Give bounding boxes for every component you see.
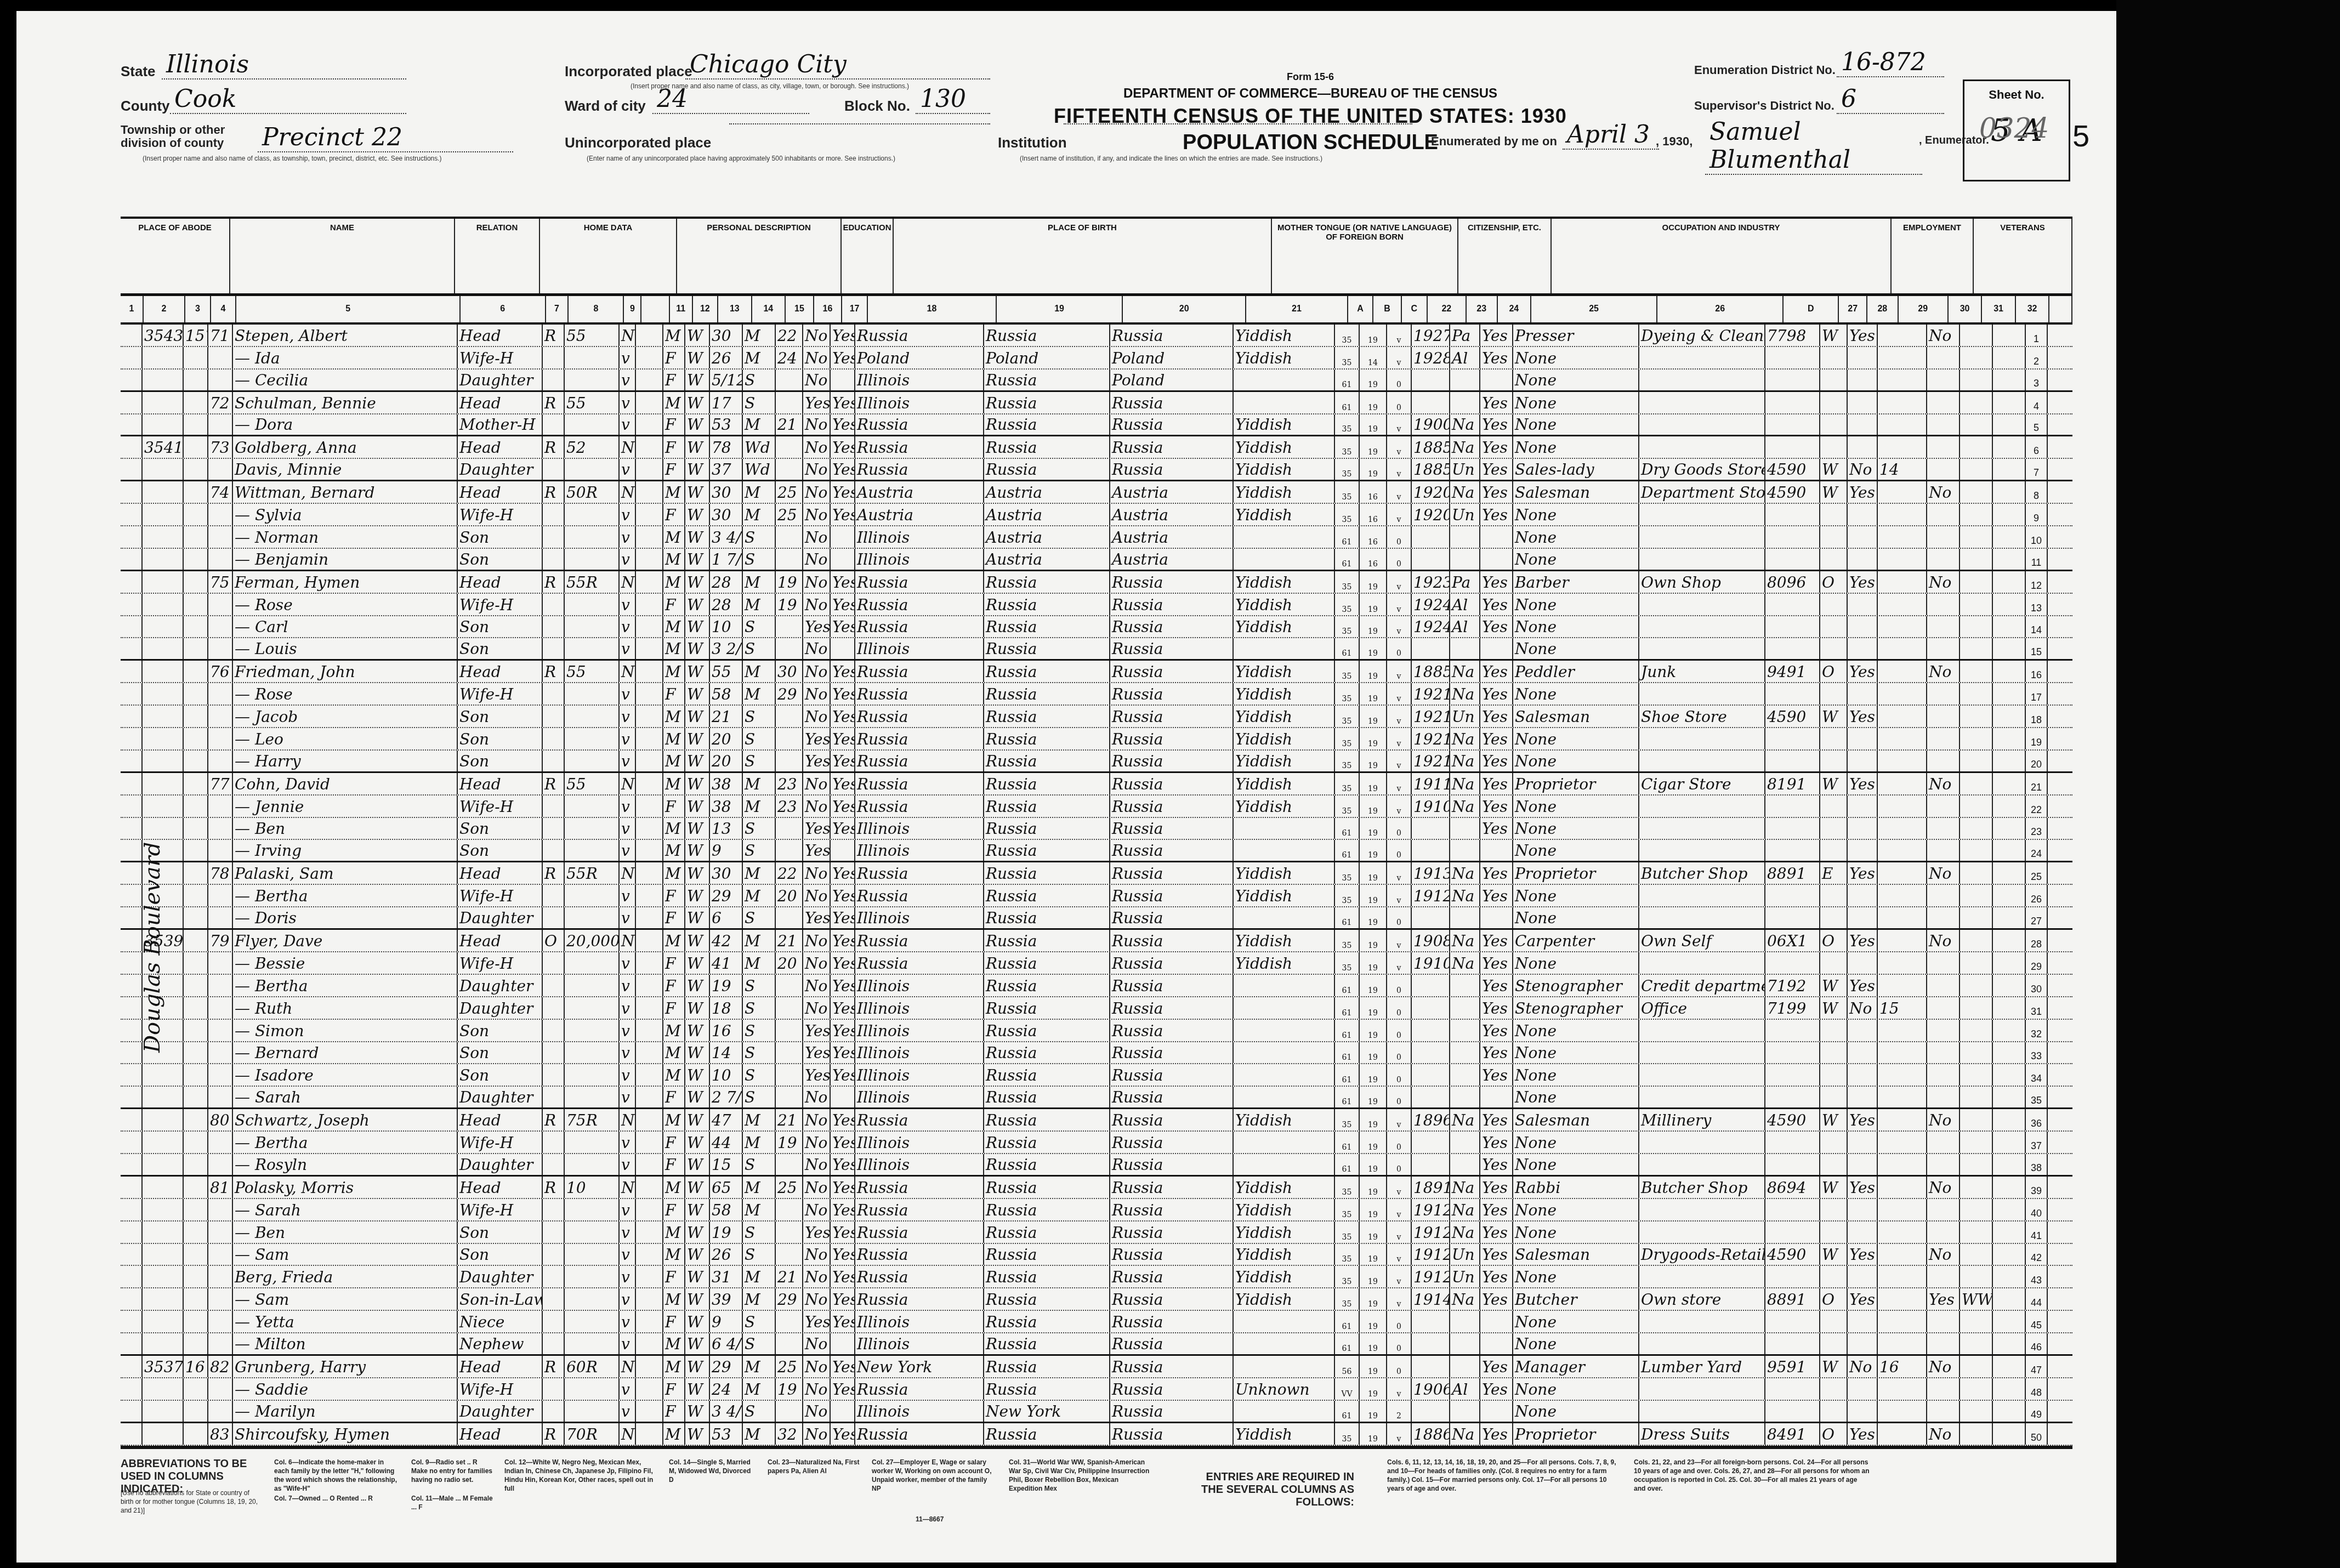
cell-name: — Jennie (233, 796, 458, 817)
cell-father: Russia (984, 706, 1110, 727)
cell-dwelling (184, 1042, 208, 1064)
cell-nat (1450, 392, 1480, 413)
cell-occupation: None (1513, 594, 1639, 615)
cell-family (208, 706, 233, 727)
cell-radio2 (636, 1064, 663, 1086)
cell-owned (543, 728, 565, 749)
cell-immig (1412, 526, 1450, 548)
cell-father: Russia (984, 885, 1110, 906)
cell-owned (543, 818, 565, 839)
cell-occupation: None (1513, 840, 1639, 861)
cell-immig (1412, 549, 1450, 570)
cell-work (1848, 616, 1878, 638)
cell-work (1848, 370, 1878, 390)
cell-immig: 1924 (1412, 594, 1450, 615)
cell-race: W (685, 1333, 710, 1354)
cell-line: 27 (2026, 907, 2048, 928)
cell-relation: Head (458, 481, 543, 503)
cell-b: 19 (1360, 661, 1387, 682)
cell-vet (1927, 370, 1960, 390)
cell-school: No (803, 1333, 831, 1354)
cell-work: Yes (1848, 661, 1878, 682)
cell-radio: v (620, 907, 636, 928)
cell-tongue: Yiddish (1234, 952, 1335, 974)
column-number: D (1784, 296, 1839, 322)
cell-family (208, 796, 233, 817)
cell-age: 9 (710, 840, 743, 861)
cell-school: Yes (803, 616, 831, 638)
cell-tongue (1234, 1356, 1335, 1377)
cell-vet (1927, 616, 1960, 638)
cell-value (565, 1199, 620, 1220)
cell-b: 19 (1360, 1042, 1387, 1064)
cell-owned (543, 549, 565, 570)
cell-weeks (1878, 1132, 1927, 1153)
cell-x32 (1993, 661, 2026, 682)
cell-school: Yes (803, 1020, 831, 1041)
cell-c: 0 (1387, 549, 1412, 570)
cell-house (143, 1177, 184, 1198)
cell-mother: Russia (1110, 1266, 1234, 1287)
cell-line: 6 (2026, 436, 2048, 458)
cell-nat: Un (1450, 1244, 1480, 1265)
cell-vet: No (1927, 661, 1960, 682)
cell-dwelling (184, 706, 208, 727)
unincorporated-value (729, 123, 990, 124)
cell-class (1820, 1154, 1848, 1175)
table-row: 77Cohn, DavidHeadR55NoMW38M23NoYesRussia… (121, 773, 2072, 796)
cell-mother: Russia (1110, 325, 1234, 346)
cell-birth: New York (855, 1356, 984, 1377)
cell-line: 2 (2026, 347, 2048, 368)
cell-father: Austria (984, 504, 1110, 525)
cell-birth: Illinois (855, 549, 984, 570)
cell-b: 19 (1360, 1311, 1387, 1332)
table-row: 76Friedman, JohnHeadR55NoMW55M30NoYesRus… (121, 661, 2072, 683)
cell-relation: Son (458, 840, 543, 861)
cell-age-marr: 21 (776, 930, 803, 951)
cell-vet (1927, 436, 1960, 458)
cell-class (1820, 616, 1848, 638)
cell-b: 16 (1360, 481, 1387, 503)
table-row: 74Wittman, BernardHeadR50RNoMW30M25NoYes… (121, 481, 2072, 504)
cell-name: — Bertha (233, 885, 458, 906)
required-entries-1: Cols. 6, 11, 12, 13, 14, 16, 18, 19, 20,… (1387, 1458, 1617, 1493)
cell-tongue: Unknown (1234, 1378, 1335, 1400)
cell-relation: Daughter (458, 997, 543, 1019)
cell-read: Yes (831, 751, 855, 771)
cell-c: v (1387, 459, 1412, 480)
cell-occupation: Butcher (1513, 1288, 1639, 1310)
cell-class (1820, 1222, 1848, 1243)
cell-mother: Russia (1110, 1378, 1234, 1400)
cell-sex: F (663, 504, 685, 525)
cell-tongue: Yiddish (1234, 862, 1335, 884)
cell-value: 70R (565, 1423, 620, 1445)
cell-age: 18 (710, 997, 743, 1019)
cell-code: 7199 (1765, 997, 1820, 1019)
cell-immig (1412, 1020, 1450, 1041)
cell-street (121, 1087, 143, 1107)
cell-a: 61 (1335, 1020, 1360, 1041)
cell-father: Russia (984, 1333, 1110, 1354)
cell-weeks (1878, 1266, 1927, 1287)
cell-age-marr: 19 (776, 594, 803, 615)
cell-name: — Rose (233, 594, 458, 615)
cell-age: 28 (710, 571, 743, 593)
cell-read (831, 1333, 855, 1354)
cell-relation: Son (458, 1042, 543, 1064)
cell-relation: Son (458, 706, 543, 727)
cell-sex: F (663, 370, 685, 390)
cell-tongue: Yiddish (1234, 594, 1335, 615)
cell-industry (1639, 728, 1765, 749)
cell-vet (1927, 1020, 1960, 1041)
cell-read: Yes (831, 594, 855, 615)
cell-c: 0 (1387, 1042, 1412, 1064)
cell-age-marr (776, 1064, 803, 1086)
column-number: 18 (868, 296, 997, 322)
cell-tongue: Yiddish (1234, 796, 1335, 817)
cell-marital: S (743, 1154, 776, 1175)
cell-a: 35 (1335, 481, 1360, 503)
cell-age: 21 (710, 706, 743, 727)
cell-nat: Al (1450, 347, 1480, 368)
cell-code (1765, 907, 1820, 928)
table-row: — MiltonNephewvMW6 4/12SNoIllinoisRussia… (121, 1333, 2072, 1356)
cell-dwelling (184, 1087, 208, 1107)
cell-family (208, 1132, 233, 1153)
cell-english: Yes (1480, 1378, 1513, 1400)
cell-radio2 (636, 1199, 663, 1220)
cell-value (565, 975, 620, 996)
cell-school: Yes (803, 1042, 831, 1064)
cell-race: W (685, 1199, 710, 1220)
cell-street (121, 616, 143, 638)
cell-immig: 1900 (1412, 414, 1450, 435)
cell-owned (543, 1222, 565, 1243)
cell-a: 61 (1335, 840, 1360, 861)
cell-school: No (803, 930, 831, 951)
cell-marital: S (743, 728, 776, 749)
cell-age-marr (776, 1401, 803, 1422)
cell-street (121, 796, 143, 817)
cell-school: No (803, 594, 831, 615)
cell-class (1820, 1020, 1848, 1041)
cell-english: Yes (1480, 683, 1513, 705)
table-row: 72Schulman, BennieHeadR55vMW17SYesYesIll… (121, 392, 2072, 414)
cell-c: 0 (1387, 1087, 1412, 1107)
cell-street (121, 1423, 143, 1445)
cell-english: Yes (1480, 661, 1513, 682)
cell-name: — Simon (233, 1020, 458, 1041)
cell-radio2 (636, 414, 663, 435)
cell-english: Yes (1480, 414, 1513, 435)
cell-owned (543, 751, 565, 771)
cell-mother: Russia (1110, 907, 1234, 928)
cell-family (208, 638, 233, 659)
cell-c: v (1387, 1109, 1412, 1130)
cell-race: W (685, 459, 710, 480)
cell-immig (1412, 975, 1450, 996)
cell-read: Yes (831, 347, 855, 368)
cell-line: 26 (2026, 885, 2048, 906)
cell-b: 19 (1360, 436, 1387, 458)
cell-english: Yes (1480, 392, 1513, 413)
cell-marital: S (743, 1244, 776, 1265)
cell-house: 3537 (143, 1356, 184, 1377)
cell-school: No (803, 862, 831, 884)
cell-war (1960, 1378, 1993, 1400)
cell-b: 19 (1360, 930, 1387, 951)
cell-father: Russia (984, 1132, 1110, 1153)
cell-school: No (803, 1244, 831, 1265)
table-row: — SylviaWife-HvFW30M25NoYesAustriaAustri… (121, 504, 2072, 526)
cell-age-marr (776, 1154, 803, 1175)
table-row: — LouisSonvMW3 2/12SNoIllinoisRussiaRuss… (121, 638, 2072, 661)
cell-c: 0 (1387, 1356, 1412, 1377)
cell-father: Austria (984, 549, 1110, 570)
cell-war: WW (1960, 1288, 1993, 1310)
cell-relation: Wife-H (458, 885, 543, 906)
cell-weeks (1878, 751, 1927, 771)
cell-age-marr (776, 1020, 803, 1041)
cell-street (121, 661, 143, 682)
section-personal-description: PERSONAL DESCRIPTION (677, 219, 842, 296)
cell-industry (1639, 1266, 1765, 1287)
department-title: DEPARTMENT OF COMMERCE—BUREAU OF THE CEN… (1036, 86, 1584, 101)
cell-line: 25 (2026, 862, 2048, 884)
cell-code (1765, 1266, 1820, 1287)
cell-work: Yes (1848, 481, 1878, 503)
cell-work: Yes (1848, 1423, 1878, 1445)
cell-b: 19 (1360, 392, 1387, 413)
cell-street (121, 436, 143, 458)
cell-war (1960, 1266, 1993, 1287)
cell-industry (1639, 1087, 1765, 1107)
cell-radio: No (620, 325, 636, 346)
column-number: 27 (1839, 296, 1867, 322)
cell-english: Yes (1480, 347, 1513, 368)
cell-age-marr (776, 997, 803, 1019)
cell-radio2 (636, 862, 663, 884)
cell-weeks (1878, 952, 1927, 974)
cell-occupation: None (1513, 526, 1639, 548)
cell-war (1960, 549, 1993, 570)
cell-war (1960, 840, 1993, 861)
cell-english: Yes (1480, 975, 1513, 996)
cell-radio2 (636, 997, 663, 1019)
cell-nat: Na (1450, 1199, 1480, 1220)
cell-mother: Russia (1110, 459, 1234, 480)
cell-tongue: Yiddish (1234, 571, 1335, 593)
cell-work (1848, 1132, 1878, 1153)
cell-house (143, 796, 184, 817)
cell-class: O (1820, 1288, 1848, 1310)
cell-house (143, 616, 184, 638)
table-row: — SaddieWife-HvFW24M19NoYesRussiaRussiaR… (121, 1378, 2072, 1401)
cell-radio2 (636, 751, 663, 771)
cell-father: Russia (984, 436, 1110, 458)
abbr-col31: Col. 31—World War WW, Spanish-American W… (1009, 1458, 1151, 1493)
cell-immig: 1885 (1412, 436, 1450, 458)
cell-family: 82 (208, 1356, 233, 1377)
cell-line: 1 (2026, 325, 2048, 346)
cell-father: Russia (984, 1244, 1110, 1265)
cell-a: 61 (1335, 1064, 1360, 1086)
cell-occupation: Salesman (1513, 481, 1639, 503)
cell-radio2 (636, 392, 663, 413)
cell-race: W (685, 594, 710, 615)
cell-relation: Daughter (458, 975, 543, 996)
cell-b: 16 (1360, 549, 1387, 570)
cell-value: 10 (565, 1177, 620, 1198)
cell-radio2 (636, 1423, 663, 1445)
cell-age-marr (776, 1333, 803, 1354)
cell-dwelling (184, 1311, 208, 1332)
cell-birth: Illinois (855, 526, 984, 548)
cell-father: Russia (984, 1020, 1110, 1041)
cell-code: 7192 (1765, 975, 1820, 996)
cell-street (121, 1288, 143, 1310)
cell-occupation: None (1513, 1311, 1639, 1332)
cell-a: 35 (1335, 1199, 1360, 1220)
cell-school: No (803, 504, 831, 525)
cell-english: Yes (1480, 1244, 1513, 1265)
cell-radio: v (620, 1132, 636, 1153)
cell-dwelling (184, 661, 208, 682)
cell-immig: 1912 (1412, 1199, 1450, 1220)
cell-occupation: None (1513, 796, 1639, 817)
cell-family (208, 1042, 233, 1064)
cell-marital: S (743, 907, 776, 928)
cell-weeks (1878, 1311, 1927, 1332)
cell-industry (1639, 840, 1765, 861)
cell-street (121, 504, 143, 525)
cell-read: Yes (831, 952, 855, 974)
cell-english: Yes (1480, 997, 1513, 1019)
cell-english (1480, 549, 1513, 570)
abbr-col9: Col. 9—Radio set .. R Make no entry for … (411, 1458, 493, 1484)
cell-tongue: Yiddish (1234, 683, 1335, 705)
cell-class (1820, 1378, 1848, 1400)
cell-father: Russia (984, 616, 1110, 638)
cell-occupation: None (1513, 885, 1639, 906)
cell-sex: F (663, 997, 685, 1019)
cell-birth: Russia (855, 773, 984, 794)
cell-family (208, 885, 233, 906)
cell-x32 (1993, 885, 2026, 906)
unincorporated-label: Unincorporated place (565, 134, 711, 151)
cell-work (1848, 683, 1878, 705)
cell-school: No (803, 1288, 831, 1310)
cell-birth: Russia (855, 1222, 984, 1243)
cell-birth: Illinois (855, 1154, 984, 1175)
cell-read: Yes (831, 571, 855, 593)
cell-age: 47 (710, 1109, 743, 1130)
cell-class (1820, 1401, 1848, 1422)
cell-relation: Head (458, 436, 543, 458)
cell-read: Yes (831, 1356, 855, 1377)
column-number: 28 (1867, 296, 1899, 322)
cell-marital: M (743, 1132, 776, 1153)
cell-work (1848, 840, 1878, 861)
cell-read (831, 840, 855, 861)
cell-radio2 (636, 504, 663, 525)
cell-age: 9 (710, 1311, 743, 1332)
cell-b: 16 (1360, 526, 1387, 548)
cell-x32 (1993, 1222, 2026, 1243)
cell-c: 0 (1387, 1132, 1412, 1153)
cell-c: v (1387, 1288, 1412, 1310)
cell-line: 29 (2026, 952, 2048, 974)
cell-birth: Illinois (855, 370, 984, 390)
cell-class (1820, 1064, 1848, 1086)
cell-age: 3 2/12 (710, 638, 743, 659)
column-number: 6 (461, 296, 546, 322)
cell-family: 73 (208, 436, 233, 458)
cell-tongue: Yiddish (1234, 751, 1335, 771)
cell-line: 14 (2026, 616, 2048, 638)
cell-age: 10 (710, 616, 743, 638)
cell-occupation: None (1513, 347, 1639, 368)
cell-owned (543, 1154, 565, 1175)
cell-nat: Na (1450, 481, 1480, 503)
cell-owned (543, 1020, 565, 1041)
enumerator-label: , Enumerator. (1919, 134, 1989, 147)
cell-x32 (1993, 1244, 2026, 1265)
cell-street (121, 1177, 143, 1198)
cell-c: v (1387, 1199, 1412, 1220)
cell-x32 (1993, 347, 2026, 368)
cell-work (1848, 1042, 1878, 1064)
cell-line: 10 (2026, 526, 2048, 548)
supervisor-district-label: Supervisor's District No. (1694, 99, 1834, 113)
cell-age: 41 (710, 952, 743, 974)
cell-war (1960, 907, 1993, 928)
cell-vet (1927, 728, 1960, 749)
cell-age: 39 (710, 1288, 743, 1310)
cell-weeks (1878, 1288, 1927, 1310)
cell-value: 55R (565, 571, 620, 593)
cell-race: W (685, 1042, 710, 1064)
cell-a: 35 (1335, 504, 1360, 525)
cell-radio2 (636, 1244, 663, 1265)
cell-street (121, 481, 143, 503)
cell-street (121, 1244, 143, 1265)
cell-street (121, 1109, 143, 1130)
cell-age-marr: 29 (776, 1288, 803, 1310)
cell-value (565, 1064, 620, 1086)
cell-war (1960, 818, 1993, 839)
cell-father: Russia (984, 594, 1110, 615)
abbr-col14: Col. 14—Single S, Married M, Widowed Wd,… (669, 1458, 757, 1484)
cell-radio: No (620, 571, 636, 593)
cell-mother: Russia (1110, 1423, 1234, 1445)
cell-read: Yes (831, 1222, 855, 1243)
cell-radio: No (620, 436, 636, 458)
cell-school: No (803, 773, 831, 794)
cell-family (208, 549, 233, 570)
cell-code (1765, 436, 1820, 458)
cell-b: 19 (1360, 1266, 1387, 1287)
cell-school: No (803, 885, 831, 906)
cell-english (1480, 1311, 1513, 1332)
cell-x32 (1993, 549, 2026, 570)
cell-father: Russia (984, 459, 1110, 480)
cell-street (121, 818, 143, 839)
cell-read: Yes (831, 1378, 855, 1400)
